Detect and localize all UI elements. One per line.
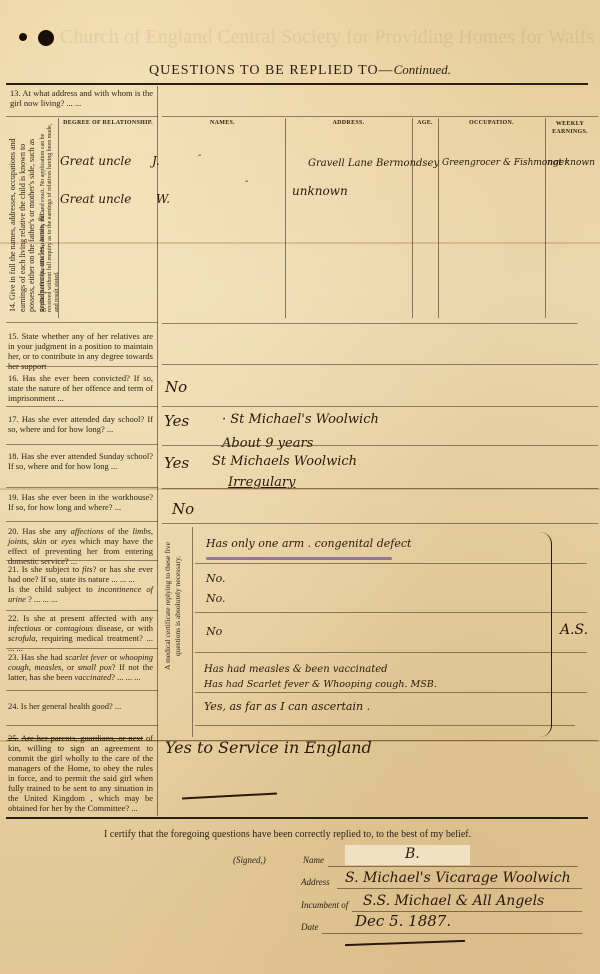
- question-number: 21.: [8, 564, 19, 574]
- answer-19: No: [172, 500, 194, 518]
- question-number: 20.: [8, 526, 19, 536]
- name-field-line[interactable]: [328, 866, 578, 867]
- col-header-names: NAMES.: [160, 120, 285, 126]
- question-note: Replies to this question must be very fu…: [40, 124, 60, 312]
- question-text-struck: Are her parents, guardians, or next: [21, 733, 143, 743]
- table-col-line: [412, 118, 413, 318]
- row-divider: [162, 523, 598, 524]
- date-field-line[interactable]: [322, 933, 582, 934]
- answer-16: No: [165, 378, 187, 396]
- question-text: Is she subject to: [22, 564, 82, 574]
- relationship-cell: Great uncle: [60, 154, 131, 168]
- question-24: 24. Is her general health good? ...: [8, 701, 153, 711]
- question-13: 13. At what address and with whom is the…: [10, 88, 153, 108]
- incumbent-value: S.S. Michael & All Angels: [363, 893, 544, 909]
- address-label: Address: [301, 877, 330, 887]
- col-header-occupation: OCCUPATION.: [438, 120, 545, 126]
- question-text-italic: contagious: [56, 623, 93, 633]
- answer-21-fits: No.: [206, 572, 226, 585]
- question-18: 18. Has she ever attended Sunday school?…: [8, 451, 153, 471]
- row-divider: [6, 521, 158, 522]
- incumbent-label: Incumbent of: [301, 900, 348, 910]
- row-divider: [162, 445, 598, 446]
- question-text: or: [41, 623, 56, 633]
- medical-col-line: [192, 527, 193, 737]
- title-continued: Continued.: [394, 62, 451, 77]
- row-divider: [6, 610, 158, 611]
- question-25: 25. Are her parents, guardians, or next …: [8, 733, 153, 813]
- paper-fold: [0, 242, 600, 244]
- question-text: ? ... ... ...: [111, 672, 140, 682]
- weekly-earnings-cell: not known: [547, 158, 595, 168]
- question-number: 22.: [8, 613, 19, 623]
- name-initial-cell: W.: [156, 192, 170, 206]
- name-cell: -: [245, 176, 248, 187]
- table-col-line: [58, 118, 59, 318]
- answer-23-measles: Has had measles & been vaccinated: [204, 664, 388, 675]
- row-divider: [6, 116, 158, 117]
- answer-22: No: [206, 625, 222, 638]
- question-text: of the: [104, 526, 133, 536]
- question-text: , or: [61, 662, 77, 672]
- row-divider: [6, 406, 158, 407]
- question-number: 13.: [10, 88, 21, 98]
- question-text-italic: fits: [82, 564, 92, 574]
- table-col-line: [545, 118, 546, 318]
- table-col-line: [285, 118, 286, 318]
- row-divider: [6, 322, 158, 323]
- title-rule: [6, 83, 588, 85]
- question-text: Is the child subject to: [8, 584, 98, 594]
- question-22: 22. Is she at present affected with any …: [8, 613, 153, 653]
- question-text: Has she had: [21, 652, 65, 662]
- name-label: Name: [303, 855, 324, 865]
- question-number: 14.: [8, 302, 17, 312]
- row-divider: [195, 725, 575, 726]
- row-divider: [162, 406, 598, 407]
- question-text-italic: scrofula: [8, 633, 36, 643]
- name-cell: -: [198, 150, 201, 161]
- address-value: S. Michael's Vicarage Woolwich: [345, 870, 571, 886]
- answer-17-yes: Yes: [164, 412, 189, 430]
- binding-hole-small: [19, 33, 27, 41]
- address-cell: Gravell Lane Bermondsey: [308, 158, 439, 169]
- answer-17-duration: About 9 years: [222, 436, 313, 451]
- question-number: 19.: [8, 492, 19, 502]
- question-text: Is she at present affected with any: [23, 613, 153, 623]
- row-divider: [162, 116, 598, 117]
- address-field-line[interactable]: [337, 888, 582, 889]
- row-divider: [195, 652, 587, 653]
- title-main: QUESTIONS TO BE REPLIED TO—: [149, 63, 394, 78]
- col-header-address: ADDRESS.: [285, 120, 412, 126]
- answer-23-scarlet-fever: Has had Scarlet fever & Whooping cough. …: [204, 679, 437, 690]
- document-page: Church of England Central Society for Pr…: [0, 0, 600, 974]
- answer-17-school: · St Michael's Woolwich: [222, 412, 379, 427]
- row-divider: [6, 648, 158, 649]
- medical-bracket: [540, 532, 552, 737]
- answer-21-incontinence: No.: [206, 592, 226, 605]
- question-text-italic: infectious: [8, 623, 41, 633]
- row-divider: [6, 444, 158, 445]
- binding-hole-large: [38, 30, 54, 46]
- name-value: B.: [405, 846, 420, 862]
- question-text-italic: eyes: [61, 536, 76, 546]
- show-through-text: Church of England Central Society for Pr…: [60, 26, 600, 49]
- question-number: 25.: [8, 733, 19, 743]
- row-divider: [6, 487, 158, 488]
- question-text: State whether any of her relatives are i…: [8, 331, 153, 371]
- row-divider: [162, 488, 598, 489]
- row-divider: [162, 364, 598, 365]
- name-initial-cell: J.: [152, 154, 160, 168]
- medical-certificate-note: A medical certificate replying to these …: [163, 536, 183, 676]
- question-text: Has she ever attended day school? If so,…: [8, 414, 153, 434]
- answer-24: Yes, as far as I can ascertain .: [204, 700, 370, 713]
- question-number: 16.: [8, 373, 19, 383]
- medical-note-text: A medical certificate replying to these …: [163, 542, 182, 670]
- question-text-italic: vaccinated: [74, 672, 111, 682]
- question-number: 15.: [8, 331, 19, 341]
- question-text: Has she any: [22, 526, 70, 536]
- table-col-line: [438, 118, 439, 318]
- row-divider: [195, 563, 587, 564]
- row-divider: [6, 560, 158, 561]
- row-divider: [6, 725, 158, 726]
- question-text: Has she ever attended Sunday school? If …: [8, 451, 153, 471]
- question-15: 15. State whether any of her relatives a…: [8, 331, 153, 371]
- question-text: ? ... ... ...: [26, 594, 57, 604]
- col-header-relationship: DEGREE OF RELATIONSHIP.: [58, 120, 158, 126]
- row-divider: [6, 690, 158, 691]
- question-number: 17.: [8, 414, 19, 424]
- medical-signature: A.S.: [560, 622, 588, 638]
- answer-18-school: St Michaels Woolwich: [212, 454, 357, 469]
- question-number: 23.: [8, 652, 19, 662]
- row-divider: [195, 612, 587, 613]
- purple-underline-mark: [206, 557, 392, 560]
- pen-flourish: [182, 793, 277, 800]
- row-divider: [6, 366, 158, 367]
- certification-rule: [6, 817, 588, 819]
- address-cell: unknown: [292, 184, 348, 198]
- question-text-italic: scarlet fever: [65, 652, 108, 662]
- question-17: 17. Has she ever attended day school? If…: [8, 414, 153, 434]
- row-divider: [195, 692, 587, 693]
- certification-statement: I certify that the foregoing questions h…: [104, 829, 471, 840]
- question-text: Has she ever been in the workhouse? If s…: [8, 492, 153, 512]
- page-title: QUESTIONS TO BE REPLIED TO—Continued.: [0, 62, 600, 79]
- col-header-weekly-earnings: WEEKLY EARNINGS.: [545, 120, 595, 136]
- question-number: 24.: [8, 701, 19, 711]
- question-text: Is her general health good? ...: [21, 701, 122, 711]
- question-23: 23. Has she had scarlet fever or whoopin…: [8, 652, 153, 682]
- question-text: or: [47, 536, 62, 546]
- question-19: 19. Has she ever been in the workhouse? …: [8, 492, 153, 512]
- date-label: Date: [301, 922, 319, 932]
- question-text: At what address and with whom is the gir…: [10, 88, 153, 108]
- answer-25: Yes to Service in England: [165, 738, 372, 757]
- question-text: or: [108, 652, 120, 662]
- col-header-age: AGE.: [412, 120, 438, 126]
- answer-20: Has only one arm . congenital defect: [206, 537, 411, 550]
- date-value: Dec 5. 1887.: [355, 912, 451, 930]
- question-text-italic: small pox: [78, 662, 112, 672]
- question-number: 18.: [8, 451, 19, 461]
- row-divider: [162, 323, 578, 324]
- pen-flourish: [345, 940, 465, 946]
- signed-label: (Signed,): [233, 855, 266, 865]
- question-21: 21. Is she subject to fits? or has she e…: [8, 564, 153, 604]
- relationship-cell: Great uncle: [60, 192, 131, 206]
- answer-18-yes: Yes: [164, 454, 189, 472]
- question-text: disease, or with: [93, 623, 153, 633]
- question-16: 16. Has she ever been convicted? If so, …: [8, 373, 153, 403]
- question-text: Has she ever been convicted? If so, stat…: [8, 373, 153, 403]
- question-text-italic: affections: [71, 526, 104, 536]
